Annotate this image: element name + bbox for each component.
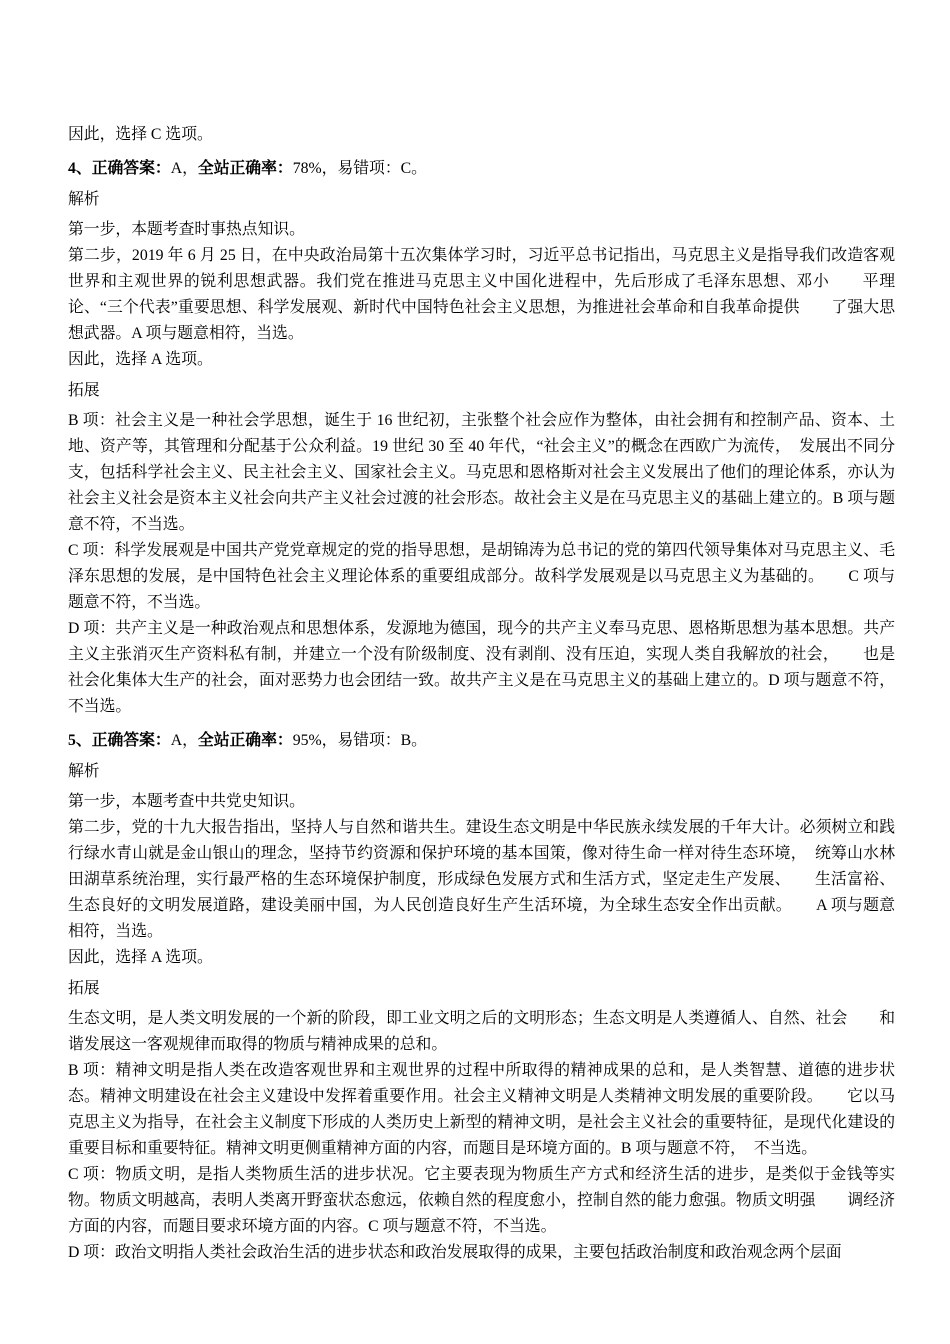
q5-extension-label: 拓展: [68, 976, 895, 1002]
heading-text-run: A，: [171, 732, 198, 749]
heading-bold-run: 4、正确答案：: [68, 160, 171, 177]
heading-text-run: A，: [171, 160, 198, 177]
q4-extension-label: 拓展: [68, 378, 895, 404]
document-page: 因此，选择 C 选项。4、正确答案：A，全站正确率：78%，易错项：C。解析第一…: [0, 0, 950, 1344]
heading-text-run: 95%，易错项：B。: [293, 732, 427, 749]
q5-analysis-label: 解析: [68, 759, 895, 785]
q4-analysis-label: 解析: [68, 187, 895, 213]
q4-step2: 第二步，2019 年 6 月 25 日，在中央政治局第十五次集体学习时，习近平总…: [68, 243, 895, 347]
q4-step1: 第一步，本题考查时事热点知识。: [68, 217, 895, 243]
q4-answer-heading: 4、正确答案：A，全站正确率：78%，易错项：C。: [68, 156, 895, 182]
q5-step2: 第二步，党的十九大报告指出，坚持人与自然和谐共生。建设生态文明是中华民族永续发展…: [68, 815, 895, 945]
q5-answer-heading: 5、正确答案：A，全站正确率：95%，易错项：B。: [68, 728, 895, 754]
q3-conclusion-line: 因此，选择 C 选项。: [68, 122, 895, 148]
q5-step1: 第一步，本题考查中共党史知识。: [68, 789, 895, 815]
q4-option-c: C 项：科学发展观是中国共产党党章规定的党的指导思想，是胡锦涛为总书记的党的第四…: [68, 538, 895, 616]
q5-option-b: B 项：精神文明是指人类在改造客观世界和主观世界的过程中所取得的精神成果的总和，…: [68, 1058, 895, 1162]
q4-conclusion-line: 因此，选择 A 选项。: [68, 347, 895, 373]
q5-conclusion-line: 因此，选择 A 选项。: [68, 945, 895, 971]
heading-bold-run: 全站正确率：: [198, 732, 293, 749]
heading-text-run: 78%，易错项：C。: [293, 160, 427, 177]
q4-option-d: D 项：共产主义是一种政治观点和思想体系，发源地为德国，现今的共产主义奉马克思、…: [68, 616, 895, 720]
q4-option-b: B 项：社会主义是一种社会学思想，诞生于 16 世纪初，主张整个社会应作为整体，…: [68, 408, 895, 538]
heading-bold-run: 5、正确答案：: [68, 732, 171, 749]
q5-ecology-note: 生态文明，是人类文明发展的一个新的阶段，即工业文明之后的文明形态；生态文明是人类…: [68, 1006, 895, 1058]
q5-option-c: C 项：物质文明，是指人类物质生活的进步状况。它主要表现为物质生产方式和经济生活…: [68, 1162, 895, 1240]
heading-bold-run: 全站正确率：: [198, 160, 293, 177]
q5-option-d: D 项：政治文明指人类社会政治生活的进步状态和政治发展取得的成果，主要包括政治制…: [68, 1240, 895, 1266]
